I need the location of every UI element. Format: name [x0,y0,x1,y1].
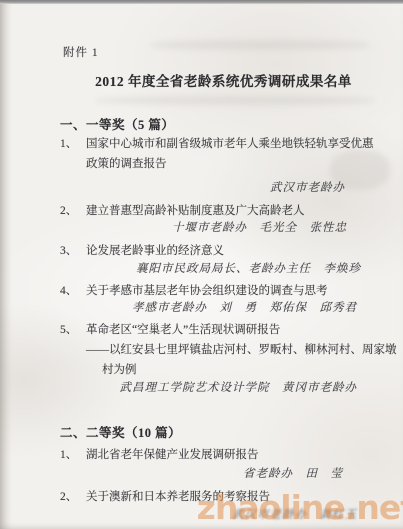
watermark-text: zhaoline.net [197,488,403,527]
list-item: 1、 国家中心城市和副省级城市老年人乘坐地铁轻轨享受优惠政策的调查报告 [60,134,376,174]
scan-edge-top [0,0,403,4]
item-title: 国家中心城市和副省级城市老年人乘坐地铁轻轨享受优惠政策的调查报告 [86,134,376,174]
item-title: 关于孝感市基层老年协会组织建设的调查与思考 [86,281,376,301]
list-item: 4、 关于孝感市基层老年协会组织建设的调查与思考 [60,281,376,301]
item-attribution: 襄阳市民政局局长、老龄办主任 李焕珍 [136,260,361,278]
item-number: 2、 [60,201,86,221]
item-attribution: 省老龄办 田 莹 [243,465,343,483]
item-number: 2、 [60,487,86,507]
item-number: 4、 [60,281,86,301]
scanned-document-page: 附件 1 2012 年度全省老龄系统优秀调研成果名单 一、一等奖（5 篇） 1、… [0,0,403,529]
list-item: 2、 建立普惠型高龄补贴制度惠及广大高龄老人 [60,201,376,221]
section-heading-second-prize: 二、二等奖（10 篇） [60,423,181,441]
document-title: 2012 年度全省老龄系统优秀调研成果名单 [0,70,403,90]
item-title: 革命老区“空巢老人”生活现状调研报告 [86,320,376,340]
list-item: 3、 论发展老龄事业的经济意义 [60,241,376,261]
item-subtitle: ——以红安县七里坪镇盐店河村、罗畈村、柳林河村、周家墩村为例 [86,340,398,380]
attachment-label: 附件 1 [63,44,99,60]
item-attribution: 孝感市老龄办 刘 勇 郑佑保 邱秀君 [132,299,357,317]
item-attribution: 武昌理工学院艺术设计学院 黄冈市老龄办 [120,379,358,397]
item-number: 1、 [60,445,86,465]
section-heading-first-prize: 一、一等奖（5 篇） [60,115,174,133]
item-attribution: 十堰市老龄办 毛光全 张性忠 [172,219,347,237]
item-number: 1、 [60,134,86,174]
list-item: 1、 湖北省老年保健产业发展调研报告 [60,445,376,465]
scan-smudge [95,96,375,105]
list-item: 5、 革命老区“空巢老人”生活现状调研报告 ——以红安县七里坪镇盐店河村、罗畈村… [60,320,376,380]
item-number: 3、 [60,241,86,261]
item-title-group: 革命老区“空巢老人”生活现状调研报告 ——以红安县七里坪镇盐店河村、罗畈村、柳林… [86,320,376,380]
scan-smudge [150,40,370,50]
item-attribution: 武汉市老龄办 [270,179,345,197]
item-number: 5、 [60,320,86,380]
item-title: 论发展老龄事业的经济意义 [86,241,376,261]
item-title: 湖北省老年保健产业发展调研报告 [86,445,376,465]
item-title: 建立普惠型高龄补贴制度惠及广大高龄老人 [86,201,376,221]
